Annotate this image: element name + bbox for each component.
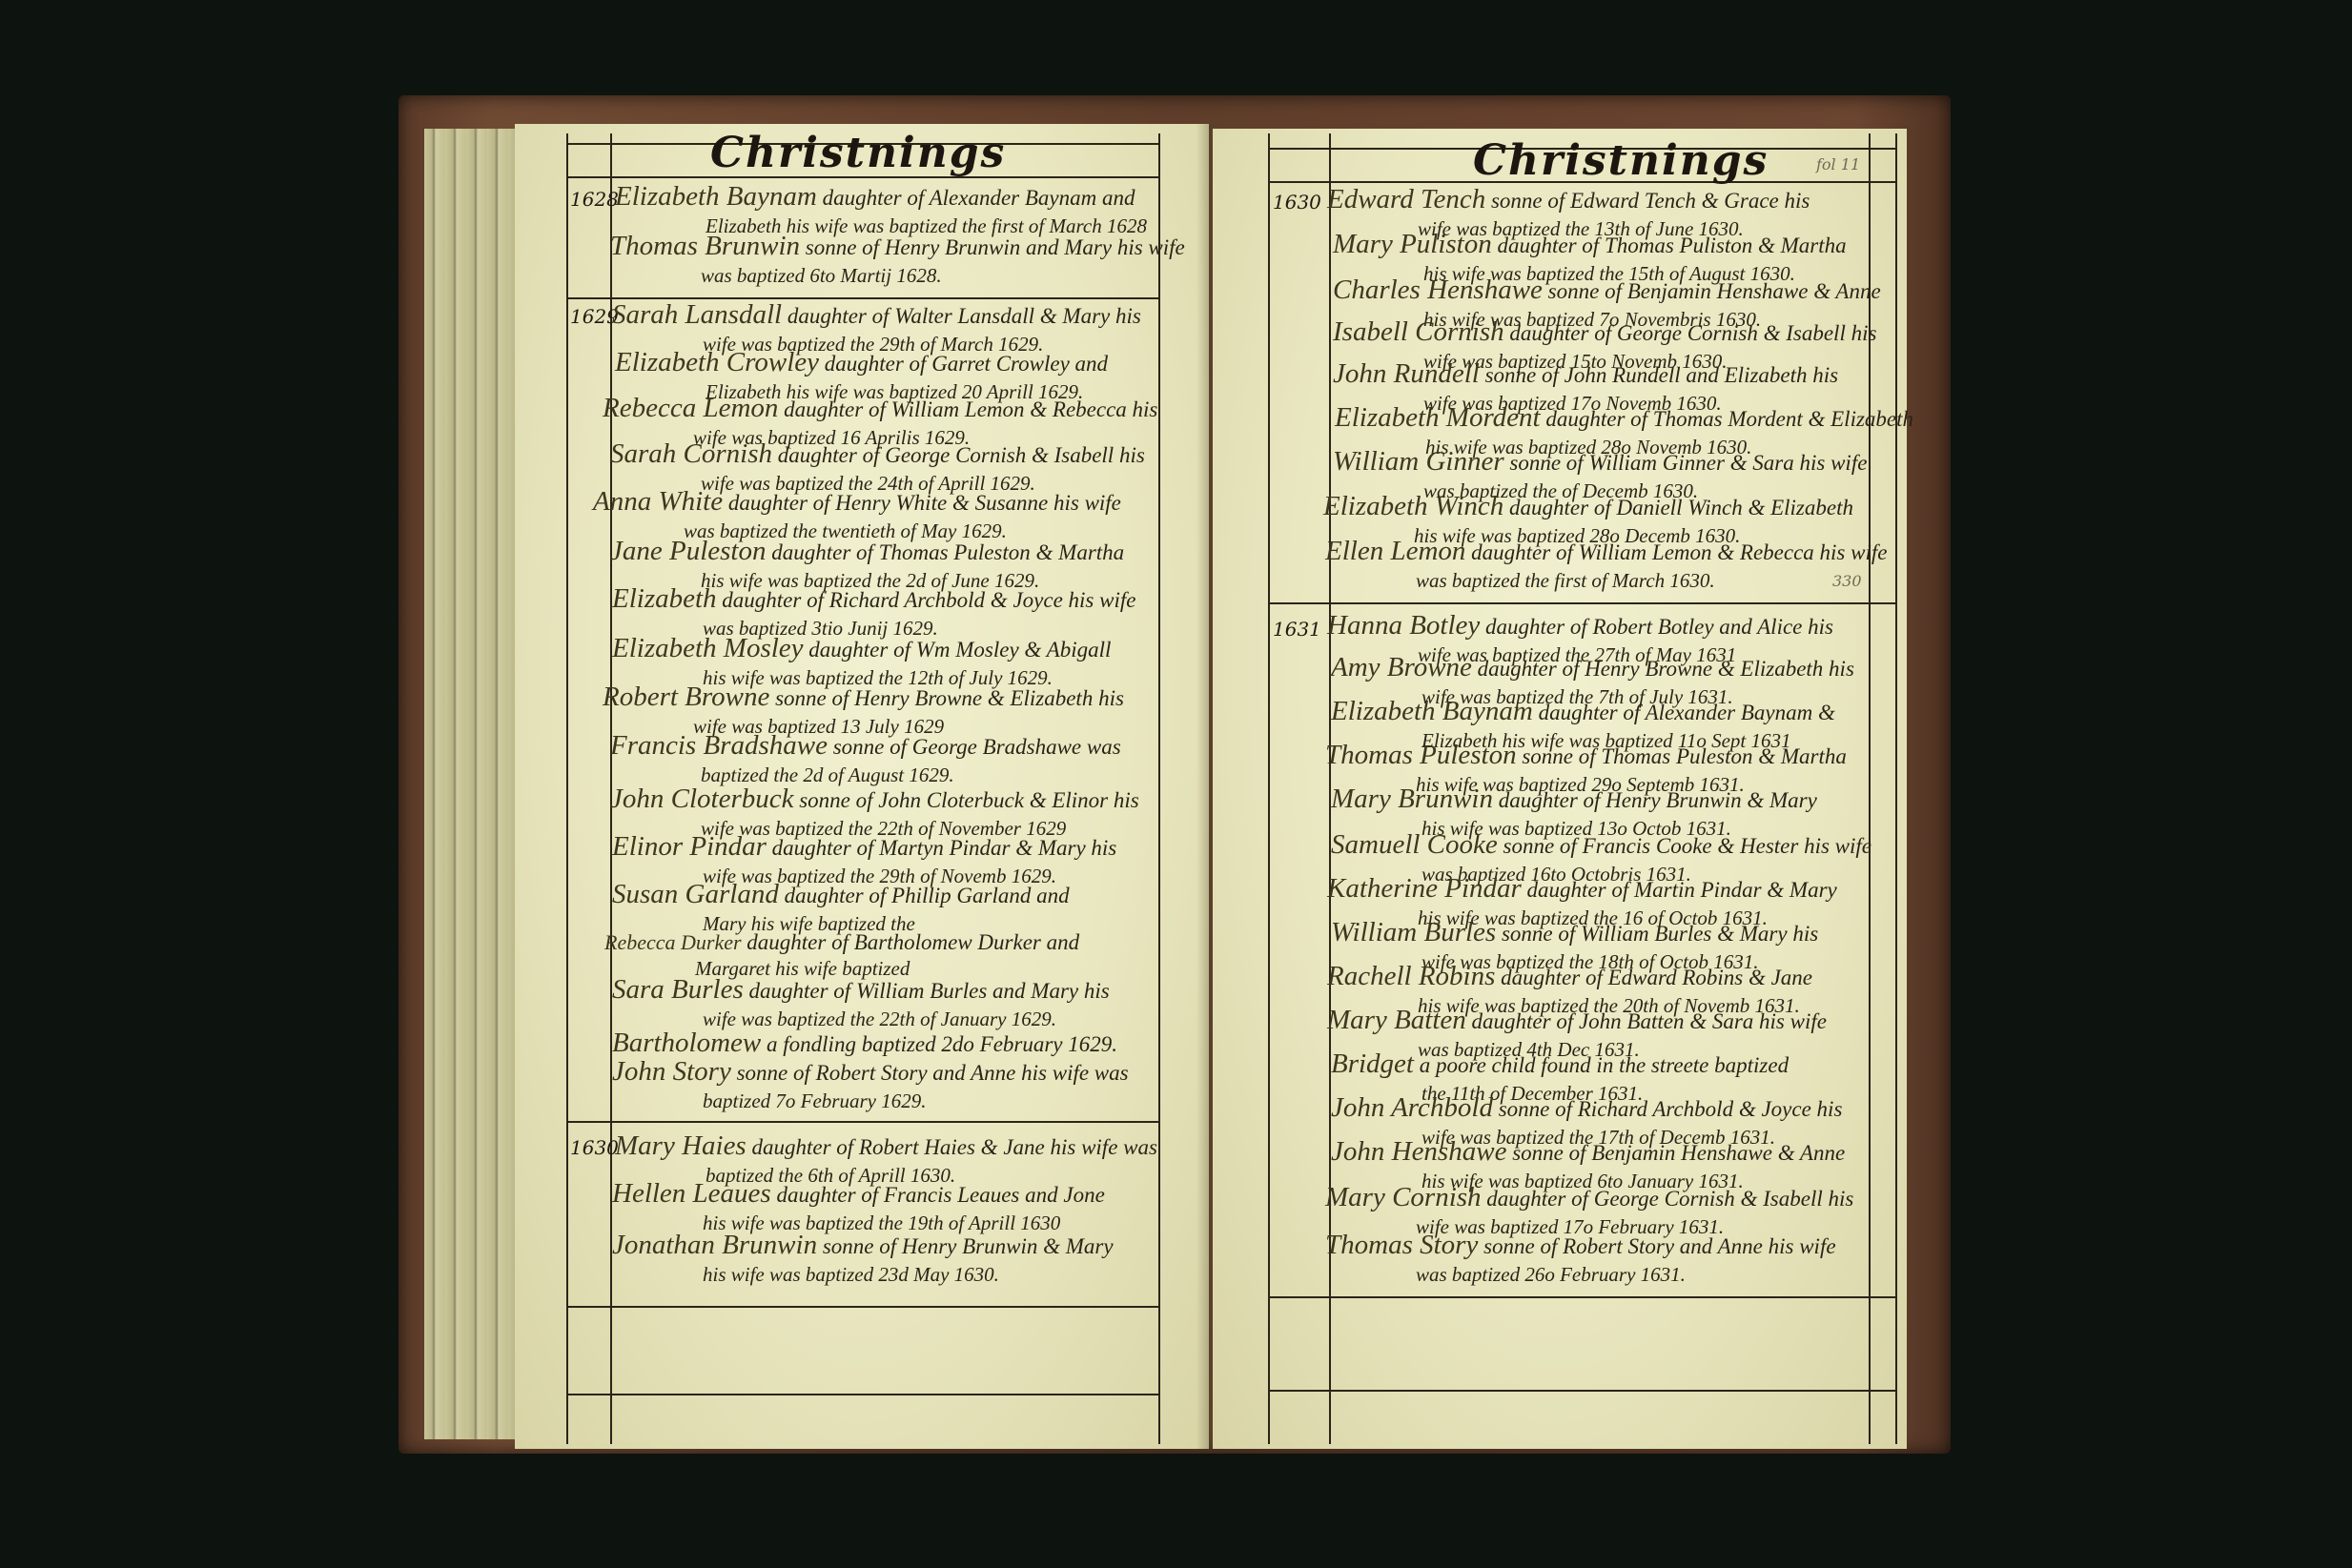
- entry-line1: daughter of Thomas Puleston & Martha: [771, 540, 1124, 564]
- entry-line1: daughter of Thomas Mordent & Elizabeth: [1545, 407, 1913, 431]
- entry-line1: daughter of Thomas Puliston & Martha: [1498, 234, 1847, 257]
- left-page-heading: Christnings: [710, 129, 1006, 177]
- entry-name: Elizabeth Crowley: [615, 347, 819, 377]
- entry-line1: daughter of Garret Crowley and: [825, 352, 1108, 376]
- year-label: 1628: [570, 188, 619, 211]
- entry-name: Jane Puleston: [610, 536, 766, 566]
- entry-line1: daughter of George Cornish & Isabell his: [778, 443, 1145, 467]
- entry-line1: sonne of William Ginner & Sara his wife: [1509, 451, 1867, 475]
- entry-line1: sonne of Benjamin Henshawe & Anne: [1548, 279, 1881, 303]
- year-label: 1630: [570, 1136, 619, 1159]
- left-right-margin-rule: [1158, 133, 1160, 1444]
- entry-line1: daughter of Daniell Winch & Elizabeth: [1509, 496, 1853, 519]
- entry-line2: was baptized 26o February 1631.: [1325, 1263, 1836, 1287]
- entry-line1: daughter of George Cornish & Isabell his: [1509, 321, 1876, 345]
- register-entry: John Story sonne of Robert Story and Ann…: [612, 1056, 1129, 1113]
- entry-name: Elinor Pindar: [612, 831, 767, 862]
- entry-line1: sonne of George Bradshawe was: [833, 735, 1121, 759]
- left-section-rule-1630: [566, 1121, 1160, 1123]
- entry-name: Rebecca Lemon: [603, 393, 778, 423]
- entry-name: Thomas Brunwin: [610, 231, 800, 261]
- entry-line1: daughter of William Lemon & Rebecca his: [784, 397, 1157, 421]
- right-section-rule-empty-1: [1268, 1296, 1897, 1298]
- entry-name: William Burles: [1331, 917, 1496, 947]
- entry-name: Elizabeth Winch: [1323, 491, 1503, 521]
- register-entry: Susan Garland daughter of Phillip Garlan…: [612, 879, 1070, 936]
- entry-line1: sonne of Henry Browne & Elizabeth his: [775, 686, 1124, 710]
- entry-name: Ellen Lemon: [1325, 536, 1465, 566]
- entry-line1: daughter of Henry White & Susanne his wi…: [728, 491, 1121, 515]
- entry-name: Mary Puliston: [1333, 229, 1492, 259]
- year-label: 1631: [1273, 618, 1321, 641]
- entry-line1: a poore child found in the streete bapti…: [1420, 1053, 1789, 1077]
- page-stack-edges: [424, 129, 520, 1439]
- entry-name: Rebecca Durker: [604, 930, 742, 954]
- entry-line1: daughter of George Cornish & Isabell his: [1486, 1187, 1853, 1211]
- entry-line1: a fondling baptized 2do February 1629.: [767, 1032, 1117, 1056]
- entry-name: John Archbold: [1331, 1092, 1493, 1123]
- entry-name: Isabell Cornish: [1333, 316, 1504, 347]
- entry-line1: daughter of Martyn Pindar & Mary his: [772, 836, 1117, 860]
- entry-line1: sonne of Henry Brunwin & Mary: [823, 1234, 1114, 1258]
- year-label: 1630: [1273, 191, 1321, 214]
- entry-name: Charles Henshawe: [1333, 275, 1543, 305]
- entry-name: Robert Browne: [603, 682, 769, 712]
- entry-name: Elizabeth Baynam: [615, 181, 817, 212]
- entry-line1: daughter of John Batten & Sara his wife: [1472, 1009, 1827, 1033]
- entry-name: John Cloterbuck: [610, 784, 793, 814]
- entry-name: Elizabeth Baynam: [1331, 696, 1533, 726]
- entry-line1: sonne of John Rundell and Elizabeth his: [1485, 363, 1839, 387]
- right-section-rule-empty-2: [1268, 1390, 1897, 1392]
- entry-line1: daughter of Martin Pindar & Mary: [1527, 878, 1837, 902]
- entry-line1: daughter of Alexander Baynam &: [1539, 701, 1835, 724]
- entry-line1: sonne of William Burles & Mary his: [1502, 922, 1818, 946]
- entry-name: Anna White: [593, 486, 723, 517]
- entry-line1: sonne of John Cloterbuck & Elinor his: [799, 788, 1138, 812]
- entry-name: Elizabeth Mordent: [1335, 402, 1541, 433]
- entry-name: Mary Batten: [1327, 1005, 1466, 1035]
- entry-line1: daughter of Walter Lansdall & Mary his: [787, 304, 1141, 328]
- entry-line2: baptized 7o February 1629.: [612, 1089, 1129, 1113]
- folio-mark: fol 11: [1816, 155, 1860, 173]
- entry-line1: daughter of Henry Brunwin & Mary: [1499, 788, 1817, 812]
- left-section-rule-empty-1: [566, 1306, 1160, 1308]
- register-entry: Elizabeth Baynam daughter of Alexander B…: [615, 181, 1147, 238]
- entry-line1: sonne of Edward Tench & Grace his: [1491, 189, 1810, 213]
- entry-name: Elizabeth Mosley: [612, 633, 804, 663]
- entry-name: Mary Cornish: [1325, 1182, 1482, 1212]
- right-section-rule-1631: [1268, 602, 1897, 604]
- register-entry: Hellen Leaues daughter of Francis Leaues…: [612, 1178, 1105, 1235]
- entry-name: Bartholomew: [612, 1028, 761, 1058]
- left-section-rule-empty-2: [566, 1394, 1160, 1395]
- entry-name: Edward Tench: [1327, 184, 1485, 214]
- entry-line1: sonne of Francis Cooke & Hester his wife: [1503, 834, 1872, 858]
- entry-name: Hanna Botley: [1327, 610, 1480, 641]
- entry-line1: daughter of Richard Archbold & Joyce his…: [722, 588, 1135, 612]
- entry-name: Katherine Pindar: [1327, 873, 1522, 904]
- entry-name: Elizabeth: [612, 583, 717, 614]
- entry-line1: daughter of Bartholomew Durker and: [747, 930, 1079, 954]
- right-page-heading: Christnings: [1473, 136, 1769, 185]
- entry-line1: sonne of Benjamin Henshawe & Anne: [1512, 1141, 1845, 1165]
- entry-line1: daughter of Robert Haies & Jane his wife…: [751, 1135, 1156, 1159]
- entry-name: Samuell Cooke: [1331, 829, 1498, 860]
- register-entry: Sara Burles daughter of William Burles a…: [612, 974, 1110, 1031]
- entry-name: Hellen Leaues: [612, 1178, 771, 1209]
- entry-name: Susan Garland: [612, 879, 779, 909]
- register-entry: Francis Bradshawe sonne of George Bradsh…: [610, 730, 1121, 787]
- entry-line1: sonne of Henry Brunwin and Mary his wife: [806, 235, 1185, 259]
- register-entry: Ellen Lemon daughter of William Lemon & …: [1325, 536, 1887, 593]
- entry-name: John Henshawe: [1331, 1136, 1506, 1167]
- entry-line1: daughter of William Lemon & Rebecca his …: [1471, 540, 1887, 564]
- entry-line1: sonne of Thomas Puleston & Martha: [1522, 744, 1847, 768]
- entry-name: Mary Brunwin: [1331, 784, 1493, 814]
- entry-line1: sonne of Richard Archbold & Joyce his: [1499, 1097, 1843, 1121]
- entry-name: John Rundell: [1333, 358, 1480, 389]
- entry-name: Mary Haies: [615, 1130, 747, 1161]
- register-entry: Thomas Story sonne of Robert Story and A…: [1325, 1230, 1836, 1287]
- entry-line1: daughter of Robert Botley and Alice his: [1485, 615, 1833, 639]
- entry-line1: daughter of William Burles and Mary his: [749, 979, 1110, 1003]
- entry-name: Bridget: [1331, 1049, 1414, 1079]
- entry-line1: daughter of Francis Leaues and Jone: [776, 1183, 1104, 1207]
- entry-name: Amy Browne: [1331, 652, 1472, 682]
- entry-line1: sonne of Robert Story and Anne his wife …: [737, 1061, 1129, 1085]
- entry-line1: daughter of Henry Browne & Elizabeth his: [1478, 657, 1854, 681]
- entry-line2: his wife was baptized 23d May 1630.: [612, 1263, 1114, 1287]
- register-entry: Thomas Brunwin sonne of Henry Brunwin an…: [610, 231, 1185, 288]
- entry-name: Sara Burles: [612, 974, 744, 1005]
- entry-line1: daughter of Phillip Garland and: [785, 884, 1070, 907]
- entry-name: Sarah Cornish: [610, 438, 772, 469]
- left-year-column-rule: [566, 133, 568, 1444]
- entry-name: Francis Bradshawe: [610, 730, 828, 761]
- entry-line1: daughter of Edward Robins & Jane: [1501, 966, 1812, 989]
- entry-name: William Ginner: [1333, 446, 1504, 477]
- register-entry: Anna White daughter of Henry White & Sus…: [593, 486, 1121, 543]
- entry-line1: sonne of Robert Story and Anne his wife: [1483, 1234, 1835, 1258]
- entry-name: Sarah Lansdall: [612, 299, 782, 330]
- entry-name: Jonathan Brunwin: [612, 1230, 817, 1260]
- entry-name: Thomas Puleston: [1325, 740, 1517, 770]
- entry-name: John Story: [612, 1056, 731, 1087]
- right-margin-rule-2: [1895, 133, 1897, 1444]
- entry-name: Rachell Robins: [1327, 961, 1495, 991]
- entry-line1: daughter of Wm Mosley & Abigall: [808, 638, 1111, 662]
- register-entry: Bartholomew a fondling baptized 2do Febr…: [612, 1028, 1117, 1059]
- entry-line2: was baptized the first of March 1630.: [1325, 569, 1887, 593]
- register-entry: Elizabeth daughter of Richard Archbold &…: [612, 583, 1135, 641]
- entry-name: Thomas Story: [1325, 1230, 1478, 1260]
- entry-line2: was baptized 6to Martij 1628.: [610, 264, 1185, 288]
- right-year-column-rule: [1268, 133, 1270, 1444]
- entry-line1: daughter of Alexander Baynam and: [823, 186, 1135, 210]
- register-entry: Jonathan Brunwin sonne of Henry Brunwin …: [612, 1230, 1114, 1287]
